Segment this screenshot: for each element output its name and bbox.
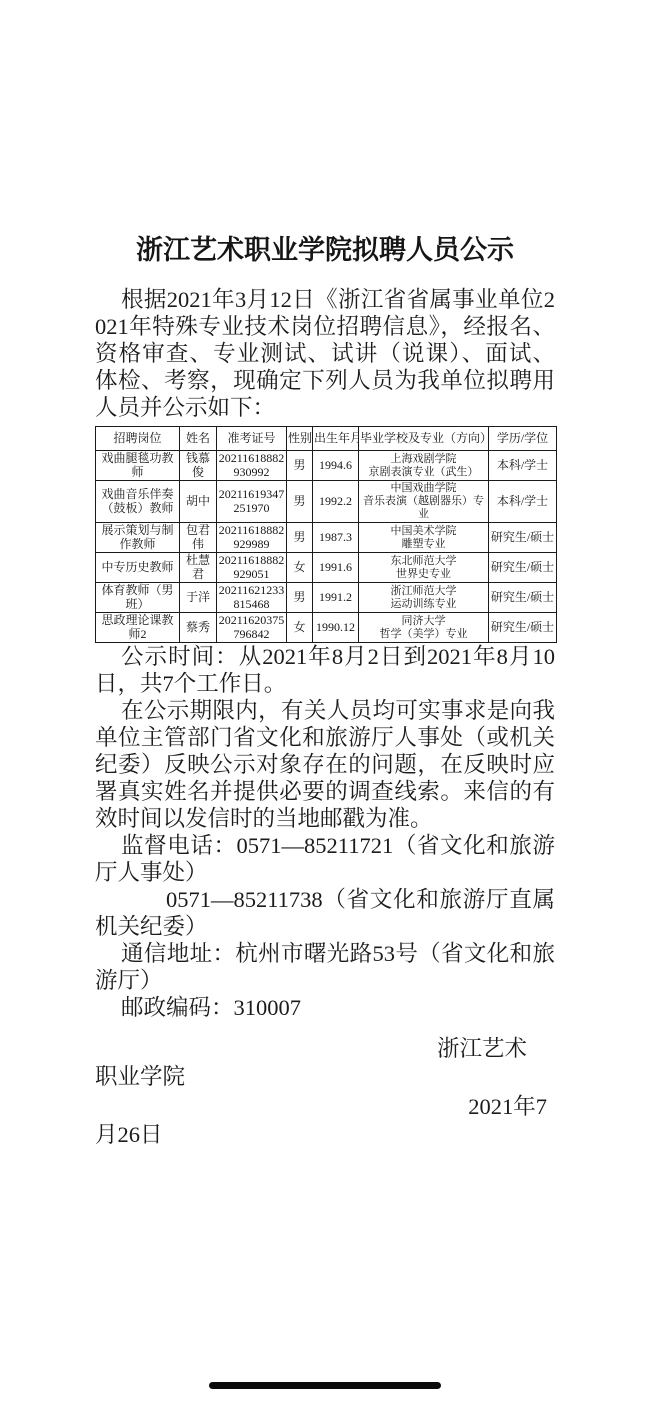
col-header-position: 招聘岗位 <box>96 427 180 451</box>
cell-degree: 本科/学士 <box>489 451 557 481</box>
cell-position: 中专历史教师 <box>96 553 180 583</box>
signature-org-line1: 浙江艺术 <box>95 1035 555 1063</box>
col-header-exam-number: 准考证号 <box>217 427 287 451</box>
cell-birth-date: 1987.3 <box>313 523 359 553</box>
signature-org-line2: 职业学院 <box>95 1063 555 1091</box>
cell-gender: 男 <box>287 523 313 553</box>
cell-position: 展示策划与制作教师 <box>96 523 180 553</box>
cell-exam-number: 20211620375796842 <box>217 613 287 643</box>
signature-date-line2: 月26日 <box>95 1121 555 1149</box>
cell-degree: 本科/学士 <box>489 481 557 523</box>
cell-school-major: 上海戏剧学院 京剧表演专业（武生） <box>359 451 489 481</box>
feedback-paragraph: 在公示期限内，有关人员均可实事求是向我单位主管部门省文化和旅游厅人事处（或机关纪… <box>95 697 555 832</box>
table-row: 戏曲音乐伴奏（鼓板）教师 胡中 20211619347251970 男 1992… <box>96 481 557 523</box>
cell-exam-number: 20211618882929989 <box>217 523 287 553</box>
publicity-period-paragraph: 公示时间：从2021年8月2日到2021年8月10日，共7个工作日。 <box>95 643 555 697</box>
cell-degree: 研究生/硕士 <box>489 583 557 613</box>
col-header-school-major: 毕业学校及专业（方向） <box>359 427 489 451</box>
col-header-name: 姓名 <box>180 427 217 451</box>
supervision-phone-paragraph: 监督电话：0571—85211721（省文化和旅游厅人事处） <box>95 832 555 886</box>
cell-name: 杜慧君 <box>180 553 217 583</box>
cell-school-major: 浙江师范大学 运动训练专业 <box>359 583 489 613</box>
cell-degree: 研究生/硕士 <box>489 553 557 583</box>
table-row: 展示策划与制作教师 包君伟 20211618882929989 男 1987.3… <box>96 523 557 553</box>
cell-position: 戏曲腿毯功教师 <box>96 451 180 481</box>
cell-school-major: 东北师范大学 世界史专业 <box>359 553 489 583</box>
cell-gender: 女 <box>287 613 313 643</box>
mailing-address-paragraph: 通信地址：杭州市曙光路53号（省文化和旅游厅） <box>95 940 555 994</box>
cell-position: 体育教师（男班） <box>96 583 180 613</box>
table-row: 体育教师（男班） 于洋 20211621233815468 男 1991.2 浙… <box>96 583 557 613</box>
cell-name: 蔡秀 <box>180 613 217 643</box>
signature-date-line1: 2021年7 <box>95 1093 555 1121</box>
cell-name: 于洋 <box>180 583 217 613</box>
cell-exam-number: 20211618882930992 <box>217 451 287 481</box>
cell-birth-date: 1991.2 <box>313 583 359 613</box>
candidates-table: 招聘岗位 姓名 准考证号 性别 出生年月 毕业学校及专业（方向） 学历/学位 戏… <box>95 426 557 643</box>
home-indicator-bar[interactable] <box>209 1382 441 1389</box>
signature-block: 浙江艺术 职业学院 2021年7 月26日 <box>95 1035 555 1149</box>
page-title: 浙江艺术职业学院拟聘人员公示 <box>95 234 555 266</box>
col-header-birth-date: 出生年月 <box>313 427 359 451</box>
postcode-paragraph: 邮政编码：310007 <box>95 994 555 1021</box>
cell-position: 戏曲音乐伴奏（鼓板）教师 <box>96 481 180 523</box>
cell-birth-date: 1992.2 <box>313 481 359 523</box>
cell-gender: 男 <box>287 583 313 613</box>
intro-paragraph: 根据2021年3月12日《浙江省省属事业单位2021年特殊专业技术岗位招聘信息》… <box>95 286 555 421</box>
cell-gender: 男 <box>287 451 313 481</box>
cell-name: 胡中 <box>180 481 217 523</box>
table-row: 中专历史教师 杜慧君 20211618882929051 女 1991.6 东北… <box>96 553 557 583</box>
col-header-degree: 学历/学位 <box>489 427 557 451</box>
table-header-row: 招聘岗位 姓名 准考证号 性别 出生年月 毕业学校及专业（方向） 学历/学位 <box>96 427 557 451</box>
cell-school-major: 同济大学 哲学（美学）专业 <box>359 613 489 643</box>
cell-school-major: 中国美术学院 雕塑专业 <box>359 523 489 553</box>
cell-degree: 研究生/硕士 <box>489 523 557 553</box>
cell-birth-date: 1991.6 <box>313 553 359 583</box>
cell-gender: 男 <box>287 481 313 523</box>
cell-name: 钱慕俊 <box>180 451 217 481</box>
cell-exam-number: 20211621233815468 <box>217 583 287 613</box>
cell-exam-number: 20211619347251970 <box>217 481 287 523</box>
supervision-phone2-paragraph: 0571—85211738（省文化和旅游厅直属机关纪委） <box>95 886 555 940</box>
table-row: 思政理论课教师2 蔡秀 20211620375796842 女 1990.12 … <box>96 613 557 643</box>
cell-gender: 女 <box>287 553 313 583</box>
cell-name: 包君伟 <box>180 523 217 553</box>
col-header-gender: 性别 <box>287 427 313 451</box>
table-row: 戏曲腿毯功教师 钱慕俊 20211618882930992 男 1994.6 上… <box>96 451 557 481</box>
cell-school-major: 中国戏曲学院 音乐表演（越剧器乐）专业 <box>359 481 489 523</box>
cell-degree: 研究生/硕士 <box>489 613 557 643</box>
cell-birth-date: 1994.6 <box>313 451 359 481</box>
cell-birth-date: 1990.12 <box>313 613 359 643</box>
announcement-document: 浙江艺术职业学院拟聘人员公示 根据2021年3月12日《浙江省省属事业单位202… <box>0 0 650 1149</box>
cell-position: 思政理论课教师2 <box>96 613 180 643</box>
cell-exam-number: 20211618882929051 <box>217 553 287 583</box>
